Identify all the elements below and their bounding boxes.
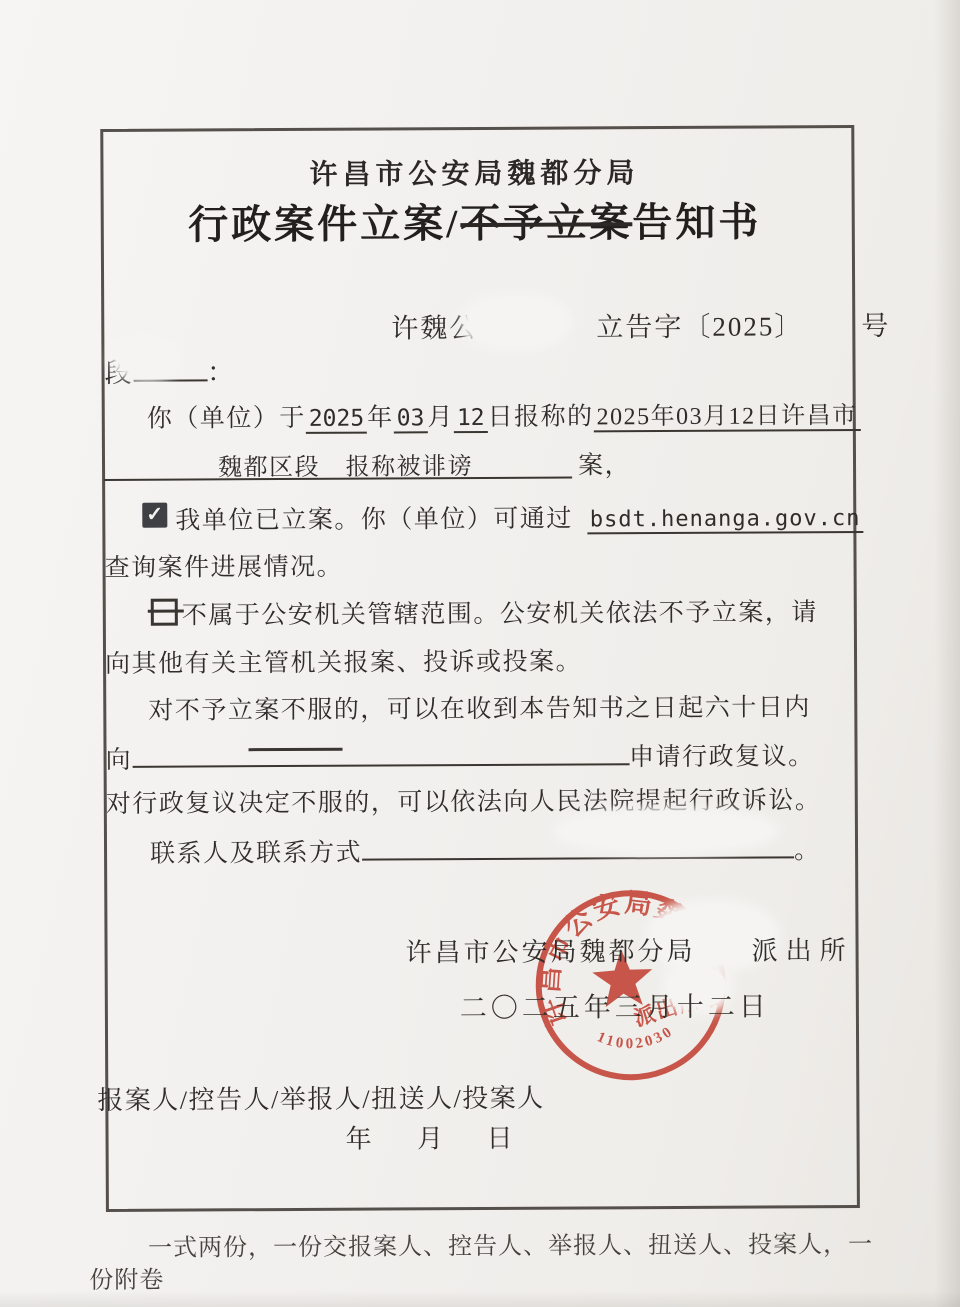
case-progress-url: bsdt.henanga.gov.cn [587, 506, 864, 534]
copies-note-line-1: 一式两份，一份交报案人、控告人、举报人、扭送人、投案人，一 [148, 1224, 873, 1263]
review-xiang: 向 [106, 747, 133, 774]
p1-day-unit: 日报称的 [488, 403, 594, 431]
checkbox-not-jurisdiction [151, 599, 178, 626]
p1-year-unit: 年 [367, 404, 394, 431]
title-struck-option: 不予立案 [460, 200, 632, 246]
p1-lead: 你（单位）于 [147, 405, 306, 433]
option-no-jurisdiction-continued: 向其他有关主管机关报案、投诉或投案。 [105, 641, 582, 679]
redaction-blob-docno [468, 300, 564, 345]
checkbox-case-filed: ✓ [142, 503, 167, 528]
report-day-value: 12 [454, 405, 488, 433]
option-filed-continued: 查询案件进展情况。 [104, 547, 343, 584]
reporter-date-blanks: 年月日 [345, 1118, 514, 1156]
report-info-line-1: 你（单位）于2025年03月12日报称的2025年03月12日许昌市 [147, 395, 861, 435]
title-suffix: 告知书 [632, 200, 761, 246]
ymd-month: 月 [417, 1124, 445, 1153]
doc-no-type: 立告字〔2025〕 [596, 311, 803, 342]
case-name-value: 魏都区段 报称被诽谤 [104, 446, 473, 483]
case-date-handwritten: 2025年03月12日许昌市 [594, 403, 861, 432]
reporter-roles-line: 报案人/控告人/举报人/扭送人/投案人 [97, 1078, 545, 1117]
ymd-year: 年 [345, 1125, 373, 1154]
review-rights-line-3: 对行政复议决定不服的，可以依法向人民法院提起行政诉讼。 [106, 780, 822, 820]
document-number-line: 许魏公立告字〔2025〕号 [391, 304, 890, 346]
option-no-jurisdiction-line: 不属于公安机关管辖范围。公安机关依法不予立案，请 [182, 592, 818, 631]
ymd-day: 日 [487, 1124, 515, 1153]
issuing-agency-heading: 许昌市公安局魏都分局 [100, 150, 848, 194]
signature-agency: 许昌市公安局魏都分局 [406, 937, 696, 968]
signature-date: 二〇二五年三月十二日 [460, 984, 770, 1025]
title-prefix: 行政案件立案/ [188, 201, 460, 247]
signature-station-suffix: 派出所 [752, 936, 854, 966]
signature-line: 许昌市公安局魏都分局派出所 [405, 930, 853, 969]
document-tilt-wrapper: 许昌市公安局魏都分局 行政案件立案/不予立案告知书 许魏公立告字〔2025〕号 … [0, 0, 960, 1307]
report-month-value: 03 [394, 405, 428, 433]
review-line-end: 申请行政复议。 [629, 743, 815, 771]
redaction-blob-contact [561, 814, 771, 847]
report-info-line-2: 魏都区段 报称被诽谤案， [104, 445, 631, 484]
blank-strike-mark [249, 748, 343, 751]
document-title: 行政案件立案/不予立案告知书 [101, 190, 849, 251]
report-year-value: 2025 [306, 406, 368, 434]
doc-no-unit: 号 [861, 311, 890, 341]
addressee-colon: ： [207, 357, 236, 387]
option-filed-text: 我单位已立案。你（单位）可通过 [175, 506, 573, 535]
p1-end: 案， [578, 452, 631, 479]
scanned-document-page: 许昌市公安局魏都分局 行政案件立案/不予立案告知书 许魏公立告字〔2025〕号 … [0, 0, 960, 1307]
seal-code: 11002030 [593, 1022, 678, 1056]
case-name-underline: 魏都区段 报称被诽谤 [104, 446, 572, 481]
p1-month-unit: 月 [427, 404, 454, 431]
contact-label: 联系人及联系方式 [150, 840, 362, 868]
redaction-blob-addressee [118, 344, 174, 374]
doc-no-prefix: 许魏公 [391, 313, 478, 343]
option-filed-line: 我单位已立案。你（单位）可通过bsdt.henanga.gov.cn [175, 497, 863, 537]
copies-note-line-2: 份附卷 [89, 1260, 164, 1295]
review-rights-line-2: 向申请行政复议。 [105, 733, 814, 776]
review-authority-blank [132, 734, 629, 768]
contact-period: 。 [794, 837, 821, 864]
review-rights-line-1: 对不予立案不服的，可以在收到本告知书之日起六十日内 [148, 687, 811, 726]
